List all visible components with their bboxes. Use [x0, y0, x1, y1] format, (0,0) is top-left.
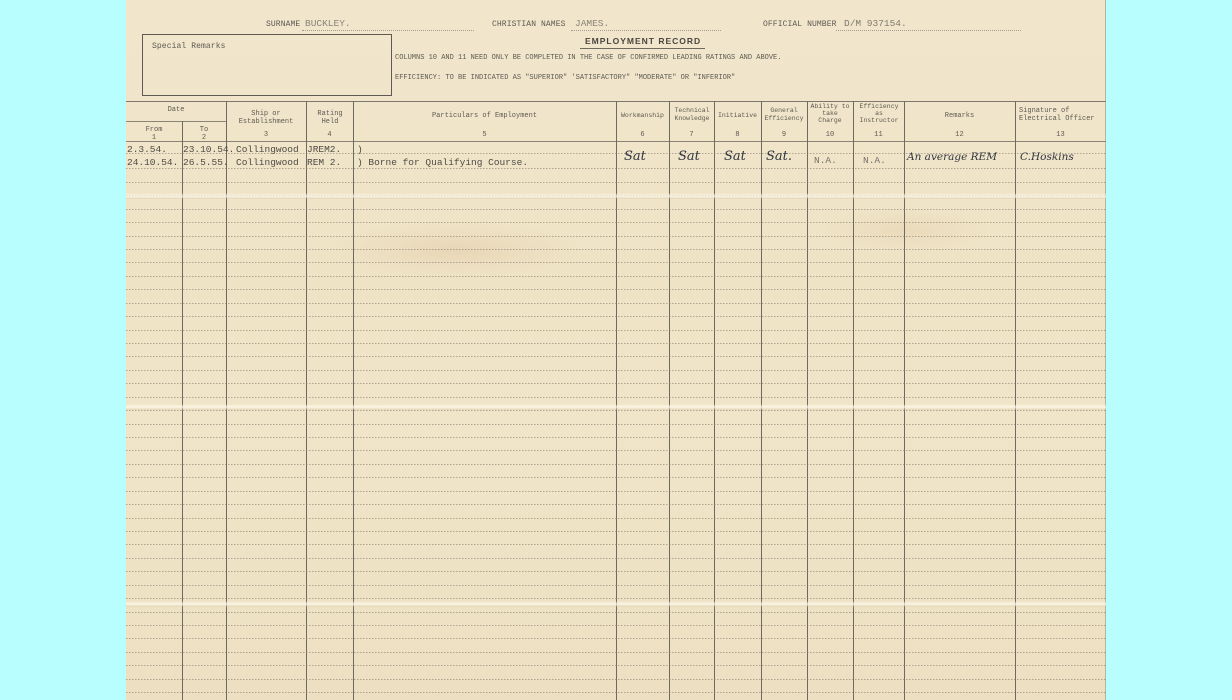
rule — [126, 410, 1106, 411]
assessment-initiative: Sat — [724, 149, 746, 164]
rule — [126, 209, 1106, 210]
official-number-label: OFFICIAL NUMBER — [763, 20, 837, 29]
rule — [126, 679, 1106, 680]
surname-rule — [302, 30, 474, 31]
rule — [126, 665, 1106, 666]
header-rating-num: 4 — [306, 131, 353, 139]
special-remarks-label: Special Remarks — [152, 42, 226, 51]
row2-rating: REM 2. — [307, 157, 341, 168]
header-workmanship: Workmanship — [616, 112, 669, 120]
assessment-technical-knowledge: Sat — [678, 149, 700, 164]
col-divider-2 — [226, 101, 227, 700]
rule — [126, 249, 1106, 250]
col-divider-12 — [1015, 101, 1016, 700]
note-columns: COLUMNS 10 AND 11 NEED ONLY BE COMPLETED… — [395, 55, 781, 63]
header-remarks-num: 12 — [904, 131, 1015, 139]
rule — [126, 625, 1106, 626]
rule — [126, 450, 1106, 451]
rule — [126, 585, 1106, 586]
rule — [126, 504, 1106, 505]
official-number-rule — [836, 30, 1021, 31]
header-technical-knowledge: Technical Knowledge — [670, 107, 714, 123]
header-from: From 1 — [126, 126, 182, 142]
header-particulars: Particulars of Employment — [353, 112, 616, 120]
header-from-label: From — [126, 126, 182, 134]
christian-names-label: CHRISTIAN NAMES — [492, 20, 566, 29]
rule — [126, 437, 1106, 438]
rule — [126, 289, 1106, 290]
row1-particulars: ) — [357, 144, 363, 155]
surname-label: SURNAME — [266, 20, 300, 29]
rule — [126, 518, 1106, 519]
row1-to: 23.10.54. — [183, 144, 234, 155]
rule — [126, 692, 1106, 693]
rule — [126, 168, 1106, 169]
rule — [126, 303, 1106, 304]
rule — [126, 316, 1106, 317]
officer-signature: C.Hoskins — [1020, 151, 1074, 163]
rule — [126, 383, 1106, 384]
rule — [126, 652, 1106, 653]
header-from-num: 1 — [126, 134, 182, 142]
row2-from: 24.10.54. — [127, 157, 178, 168]
header-instructor-num: 11 — [853, 131, 904, 139]
header-to-num: 2 — [182, 134, 226, 142]
date-subheader-border — [126, 121, 226, 122]
header-general-efficiency-num: 9 — [761, 131, 807, 139]
rule — [126, 638, 1106, 639]
rule — [126, 276, 1106, 277]
row2-to: 26.5.55. — [183, 157, 229, 168]
col-divider-6 — [669, 101, 670, 700]
note-efficiency: EFFICIENCY: TO BE INDICATED AS "SUPERIOR… — [395, 75, 735, 83]
row1-rating: JREM2. — [307, 144, 341, 155]
header-rating: Rating Held — [312, 110, 348, 126]
header-to: To 2 — [182, 126, 226, 142]
header-initiative: Initiative — [714, 112, 761, 120]
assessment-remarks: An average REM — [907, 151, 997, 163]
record-title-underline — [580, 48, 705, 49]
col-divider-7 — [714, 101, 715, 700]
col-divider-9 — [807, 101, 808, 700]
rule — [126, 544, 1106, 545]
row2-particulars: ) Borne for Qualifying Course. — [357, 157, 528, 168]
col-divider-5 — [616, 101, 617, 700]
header-remarks: Remarks — [904, 112, 1015, 120]
header-workmanship-num: 6 — [616, 131, 669, 139]
rule — [126, 330, 1106, 331]
rule — [126, 182, 1106, 183]
rule — [126, 612, 1106, 613]
rule — [126, 531, 1106, 532]
header-general-efficiency: General Efficiency — [761, 107, 807, 123]
christian-names-value: JAMES. — [575, 18, 609, 29]
row2-ship: Collingwood — [236, 157, 299, 168]
assessment-ability-to-take-charge: N.A. — [814, 155, 837, 166]
rule — [126, 397, 1106, 398]
assessment-efficiency-as-instructor: N.A. — [863, 155, 886, 166]
rule — [126, 262, 1106, 263]
col-divider-8 — [761, 101, 762, 700]
header-initiative-num: 8 — [714, 131, 761, 139]
col-divider-11 — [904, 101, 905, 700]
rule — [126, 424, 1106, 425]
col-divider-10 — [853, 101, 854, 700]
rule — [126, 356, 1106, 357]
header-ship-num: 3 — [226, 131, 306, 139]
rule — [126, 195, 1106, 196]
rule — [126, 370, 1106, 371]
row1-ship: Collingwood — [236, 144, 299, 155]
official-number-value: D/M 937154. — [844, 18, 907, 29]
rule — [126, 236, 1106, 237]
assessment-general-efficiency: Sat. — [766, 149, 792, 164]
header-to-label: To — [182, 126, 226, 134]
header-signature: Signature of Electrical Officer — [1017, 107, 1105, 123]
col-divider-3 — [306, 101, 307, 700]
header-date: Date — [126, 106, 226, 114]
header-ship: Ship or Establishment — [230, 110, 302, 126]
employment-record-sheet: SURNAME BUCKLEY. CHRISTIAN NAMES JAMES. … — [126, 0, 1106, 700]
special-remarks-box: Special Remarks — [142, 34, 392, 96]
rule — [126, 558, 1106, 559]
christian-names-rule — [571, 30, 721, 31]
rule — [126, 491, 1106, 492]
header-ability-to-take-charge: Ability to take Charge — [809, 103, 851, 124]
assessment-workmanship: Sat — [624, 149, 646, 164]
rule — [126, 464, 1106, 465]
rule — [126, 477, 1106, 478]
record-title: EMPLOYMENT RECORD — [585, 36, 701, 46]
rule — [126, 222, 1106, 223]
header-technical-knowledge-num: 7 — [669, 131, 714, 139]
rule — [126, 571, 1106, 572]
row1-from: 2.3.54. — [127, 144, 167, 155]
rule — [126, 343, 1106, 344]
header-efficiency-as-instructor: Efficiency as Instructor — [855, 103, 903, 124]
header-signature-num: 13 — [1015, 131, 1106, 139]
header-particulars-num: 5 — [353, 131, 616, 139]
surname-value: BUCKLEY. — [305, 18, 351, 29]
rule — [126, 598, 1106, 599]
col-divider-4 — [353, 101, 354, 700]
header-ability-num: 10 — [807, 131, 853, 139]
